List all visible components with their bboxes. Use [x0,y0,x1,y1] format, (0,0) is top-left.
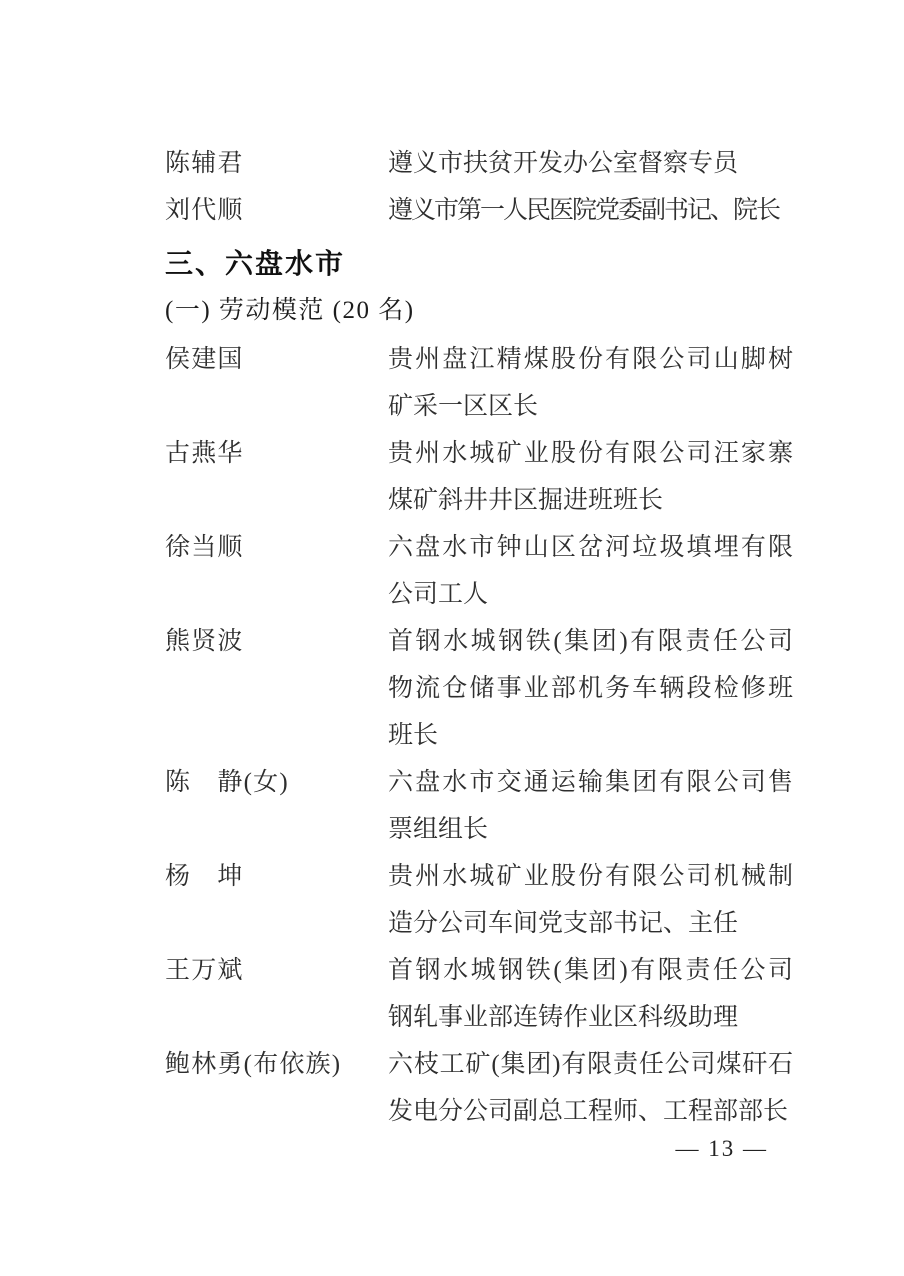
position-line: 物流仓储事业部机务车辆段检修班 [388,665,793,712]
position-line: 六枝工矿(集团)有限责任公司煤矸石 [388,1041,793,1088]
position-line: 贵州水城矿业股份有限公司机械制 [388,853,793,900]
roster-entry: 熊贤波 首钢水城钢铁(集团)有限责任公司 物流仓储事业部机务车辆段检修班 班长 [165,618,795,759]
roster-entry: 刘代顺 遵义市第一人民医院党委副书记、院长 [165,187,795,234]
person-name: 陈 静(女) [165,759,388,806]
position-line: 首钢水城钢铁(集团)有限责任公司 [388,618,793,665]
position-line: 发电分公司副总工程师、工程部部长 [388,1088,793,1135]
person-name: 古燕华 [165,430,388,477]
person-name: 陈辅君 [165,140,388,187]
person-position: 首钢水城钢铁(集团)有限责任公司 钢轧事业部连铸作业区科级助理 [388,947,793,1041]
section-heading: 三、六盘水市 [165,240,795,287]
person-position: 六盘水市交通运输集团有限公司售 票组组长 [388,759,793,853]
person-position: 贵州水城矿业股份有限公司机械制 造分公司车间党支部书记、主任 [388,853,793,947]
roster-entry: 陈 静(女) 六盘水市交通运输集团有限公司售 票组组长 [165,759,795,853]
position-line: 六盘水市钟山区岔河垃圾填埋有限 [388,524,793,571]
person-position: 遵义市第一人民医院党委副书记、院长 [388,187,793,234]
position-line: 矿采一区区长 [388,383,793,430]
subsection-heading: (一) 劳动模范 (20 名) [165,287,795,334]
person-name: 熊贤波 [165,618,388,665]
position-line: 遵义市第一人民医院党委副书记、院长 [388,187,793,234]
person-name: 侯建国 [165,336,388,383]
position-line: 煤矿斜井井区掘进班班长 [388,477,793,524]
roster-entry: 杨 坤 贵州水城矿业股份有限公司机械制 造分公司车间党支部书记、主任 [165,853,795,947]
person-name: 徐当顺 [165,524,388,571]
person-position: 贵州水城矿业股份有限公司汪家寨 煤矿斜井井区掘进班班长 [388,430,793,524]
roster-entry: 侯建国 贵州盘江精煤股份有限公司山脚树 矿采一区区长 [165,336,795,430]
position-line: 票组组长 [388,806,793,853]
person-name: 王万斌 [165,947,388,994]
position-line: 造分公司车间党支部书记、主任 [388,900,793,947]
roster-entry: 陈辅君 遵义市扶贫开发办公室督察专员 [165,140,795,187]
position-line: 公司工人 [388,571,793,618]
roster-entry: 徐当顺 六盘水市钟山区岔河垃圾填埋有限 公司工人 [165,524,795,618]
roster-entry: 古燕华 贵州水城矿业股份有限公司汪家寨 煤矿斜井井区掘进班班长 [165,430,795,524]
position-line: 贵州水城矿业股份有限公司汪家寨 [388,430,793,477]
person-position: 贵州盘江精煤股份有限公司山脚树 矿采一区区长 [388,336,793,430]
person-name: 刘代顺 [165,187,388,234]
person-name: 杨 坤 [165,853,388,900]
roster-content: 陈辅君 遵义市扶贫开发办公室督察专员 刘代顺 遵义市第一人民医院党委副书记、院长… [165,140,795,1135]
person-name: 鲍林勇(布依族) [165,1041,388,1088]
position-line: 钢轧事业部连铸作业区科级助理 [388,994,793,1041]
page-number: — 13 — [676,1134,769,1164]
document-page: 陈辅君 遵义市扶贫开发办公室督察专员 刘代顺 遵义市第一人民医院党委副书记、院长… [0,0,904,1276]
person-position: 遵义市扶贫开发办公室督察专员 [388,140,793,187]
person-position: 六盘水市钟山区岔河垃圾填埋有限 公司工人 [388,524,793,618]
roster-entry: 鲍林勇(布依族) 六枝工矿(集团)有限责任公司煤矸石 发电分公司副总工程师、工程… [165,1041,795,1135]
position-line: 班长 [388,712,793,759]
position-line: 六盘水市交通运输集团有限公司售 [388,759,793,806]
position-line: 贵州盘江精煤股份有限公司山脚树 [388,336,793,383]
roster-entry: 王万斌 首钢水城钢铁(集团)有限责任公司 钢轧事业部连铸作业区科级助理 [165,947,795,1041]
person-position: 首钢水城钢铁(集团)有限责任公司 物流仓储事业部机务车辆段检修班 班长 [388,618,793,759]
person-position: 六枝工矿(集团)有限责任公司煤矸石 发电分公司副总工程师、工程部部长 [388,1041,793,1135]
position-line: 首钢水城钢铁(集团)有限责任公司 [388,947,793,994]
position-line: 遵义市扶贫开发办公室督察专员 [388,140,793,187]
